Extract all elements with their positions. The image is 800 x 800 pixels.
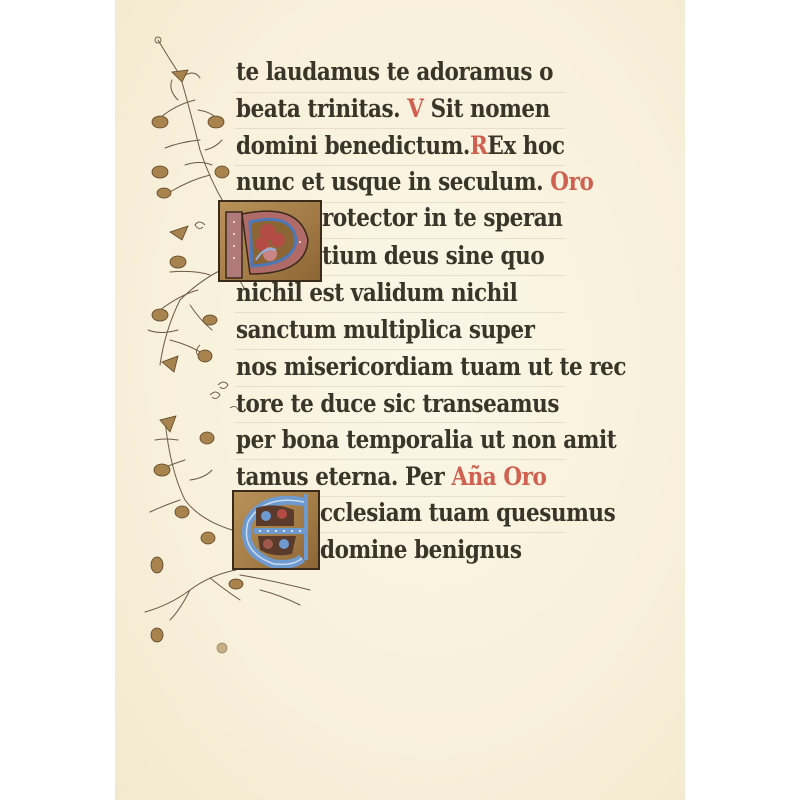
text-line-12: tamus eterna. Per Aña Oro xyxy=(236,459,546,495)
text-line-10: tore te duce sic transeamus xyxy=(236,386,559,422)
rubric-oratio: Oro xyxy=(550,167,593,196)
text-line-13: cclesiam tuam quesumus xyxy=(320,495,615,531)
text-line-8: sanctum multiplica super xyxy=(236,312,535,348)
text-line-14: domine benignus xyxy=(320,532,522,568)
text-line-1: te laudamus te adoramus o xyxy=(236,54,553,90)
illuminated-initial-p xyxy=(218,200,322,282)
text-line-11: per bona temporalia ut non amit xyxy=(236,422,616,458)
text-line-6: tium deus sine quo xyxy=(322,238,544,274)
text-line-2: beata trinitas. V Sit nomen xyxy=(236,91,550,127)
illuminated-initial-e xyxy=(232,490,320,570)
rubric-response: R xyxy=(470,131,487,160)
text-line-9: nos misericordiam tuam ut te rec xyxy=(236,349,626,385)
text-line-5: rotector in te speran xyxy=(322,200,563,236)
text-line-4: nunc et usque in seculum. Oro xyxy=(236,164,593,200)
text-line-7: nichil est validum nichil xyxy=(236,275,517,311)
text-line-3: domini benedictum.REx hoc xyxy=(236,128,565,164)
rubric-versicle: V xyxy=(407,94,423,123)
rubric-antiphon-oratio: Aña Oro xyxy=(451,462,546,491)
